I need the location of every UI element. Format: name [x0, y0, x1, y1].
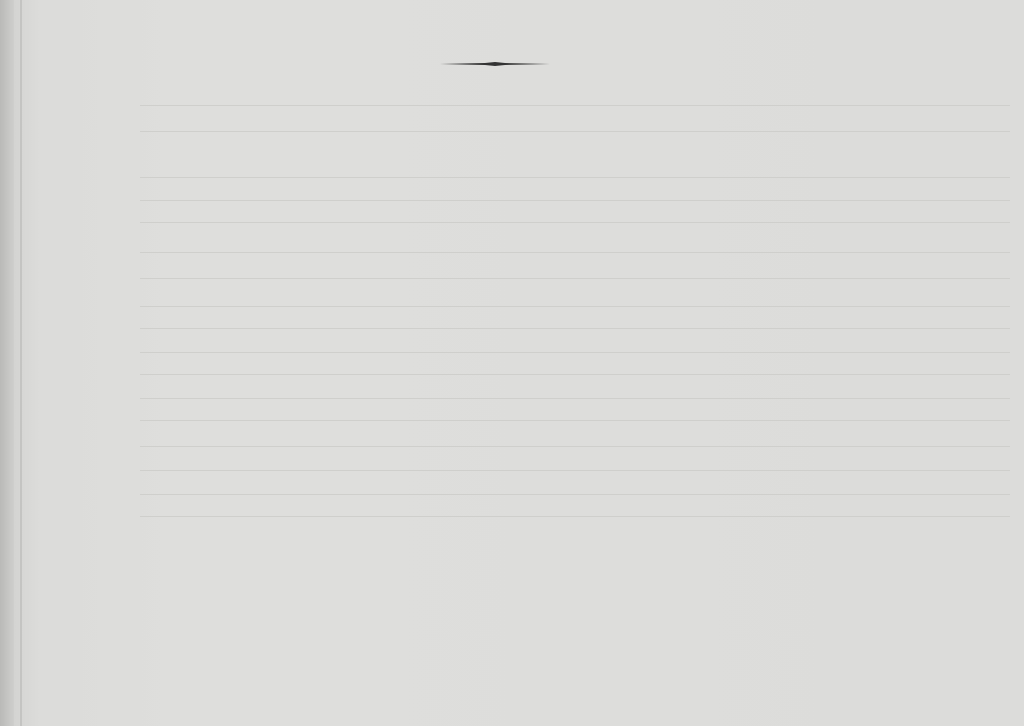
title-ornament: [440, 62, 550, 66]
page-edge: [0, 0, 14, 726]
document-scan: [0, 0, 1024, 726]
page-fold: [20, 0, 22, 726]
